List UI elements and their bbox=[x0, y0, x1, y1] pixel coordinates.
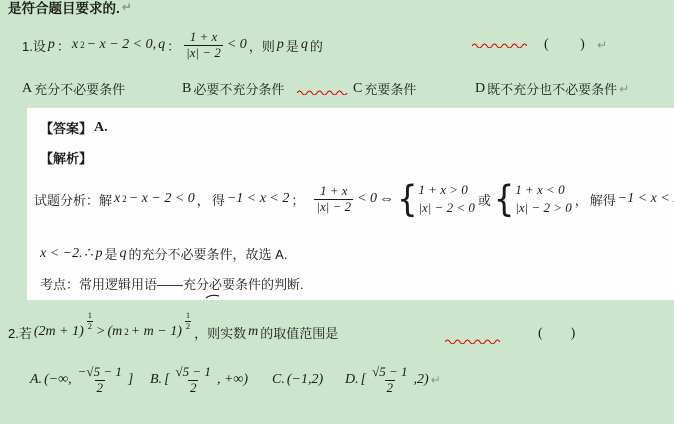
q2-option-b-numerator: √5 − 1 bbox=[174, 365, 213, 380]
analysis-fraction: 1 + x |x| − 2 bbox=[314, 184, 353, 215]
conclusion-line: x < −2. ∴ p 是 q 的充分不必要条件，故选 A. bbox=[40, 244, 287, 263]
q2-base2a: (m bbox=[107, 324, 122, 340]
answer-line: 【答案】 A. bbox=[40, 118, 108, 137]
q1-option-c-text: 充要条件 bbox=[364, 79, 416, 98]
q1-option-a: A 充分不必要条件 bbox=[22, 79, 125, 98]
q2-exponent2: 1 2 bbox=[185, 311, 191, 331]
q1-option-d-label: D bbox=[475, 81, 485, 97]
q1-tail1: ，则 bbox=[249, 36, 275, 55]
q1-answer-parentheses: ( ) bbox=[544, 37, 585, 53]
analysis-label: 【解析】 bbox=[40, 148, 92, 167]
q2-base2-exp: 2 bbox=[124, 327, 129, 337]
analysis-fraction-denominator: |x| − 2 bbox=[314, 199, 353, 215]
q1-tail2: 是 bbox=[286, 36, 299, 55]
analysis-label-line: 【解析】 bbox=[40, 148, 92, 167]
q2-option-d: D.[ √5 − 1 2 ,2) ↵ bbox=[345, 356, 441, 404]
analysis-comma1: ， bbox=[197, 190, 210, 209]
conclusion-text2: 的充分不必要条件，故选 A. bbox=[129, 244, 288, 263]
q2-option-d-label: D. bbox=[345, 372, 359, 388]
q2-option-c-label: C. bbox=[272, 372, 285, 388]
q1-poly-rest: − x − 2 < 0, bbox=[87, 37, 157, 53]
q1-var-q2: q bbox=[301, 37, 308, 53]
paragraph-mark-icon: ↵ bbox=[597, 38, 607, 52]
analysis-pre: 试题分析：解 bbox=[34, 190, 112, 209]
q1-fraction: 1 + x |x| − 2 bbox=[184, 30, 223, 61]
q2-exponent1: 1 2 bbox=[87, 311, 93, 331]
q1-option-b: B 必要不充分条件 bbox=[182, 79, 284, 98]
q1-lt-zero: < 0 bbox=[227, 37, 247, 53]
q2-exp1-numerator: 1 bbox=[88, 311, 92, 320]
q2-option-a-post: ] bbox=[128, 372, 133, 388]
document-page: 是符合题目要求的. ↵ 1.设 p ： x2 − x − 2 < 0, q ： … bbox=[0, 0, 674, 424]
analysis-or: 或 bbox=[478, 190, 491, 209]
q2-exp2-numerator: 1 bbox=[186, 311, 190, 320]
q2-tail1: ，则实数 bbox=[194, 323, 246, 342]
analysis-ineq1: −1 < x < 2 bbox=[227, 191, 290, 207]
q1-option-b-label: B bbox=[182, 81, 191, 97]
q1-var-p2: p bbox=[277, 37, 284, 53]
q2-tail2: 的取值范围是 bbox=[260, 323, 338, 342]
case2-top: 1 + x < 0 bbox=[515, 182, 571, 198]
analysis-poly-x: x bbox=[114, 191, 120, 207]
exam-point-line: 考点：常用逻辑用语——充分必要条件的判断. bbox=[40, 274, 304, 293]
question2-stem: 2.若 (2m + 1) 1 2 > (m2 + m − 1) 1 2 ，则实数… bbox=[8, 314, 338, 350]
case1-bottom: |x| − 2 < 0 bbox=[418, 200, 474, 216]
analysis-semicolon: ； bbox=[291, 190, 304, 209]
q1-tail3: 的 bbox=[310, 36, 323, 55]
q2-option-d-numerator: √5 − 1 bbox=[370, 365, 409, 380]
case1-top: 1 + x > 0 bbox=[418, 182, 474, 198]
q1-poly-x: x bbox=[72, 37, 78, 53]
left-brace-icon: { bbox=[494, 182, 514, 215]
q2-option-b-pre: [ bbox=[164, 372, 169, 388]
analysis-case2: { 1 + x < 0 |x| − 2 > 0 bbox=[494, 182, 572, 216]
q2-option-b-fraction: √5 − 1 2 bbox=[174, 365, 213, 396]
q2-option-b-label: B. bbox=[150, 372, 162, 388]
q1-option-a-label: A bbox=[22, 81, 32, 97]
analysis-case1: { 1 + x > 0 |x| − 2 < 0 bbox=[397, 182, 475, 216]
q1-var-p: p bbox=[48, 37, 55, 53]
q2-option-c-text: (−1,2) bbox=[287, 372, 323, 388]
analysis-line: 试题分析：解 x2 − x − 2 < 0 ， 得 −1 < x < 2 ； 1… bbox=[34, 166, 674, 232]
spellcheck-squiggle-icon bbox=[297, 89, 348, 95]
q2-option-b-denominator: 2 bbox=[188, 380, 199, 396]
paragraph-mark-icon: ↵ bbox=[619, 82, 629, 96]
conclusion-var-p: p bbox=[96, 246, 103, 262]
analysis-poly-exp: 2 bbox=[122, 194, 127, 204]
q2-base2b: + m − 1) bbox=[131, 324, 182, 340]
analysis-lt-zero: < 0 bbox=[357, 191, 377, 207]
q2-option-d-pre: [ bbox=[361, 372, 366, 388]
conclusion-math: x < −2. bbox=[40, 246, 83, 262]
conclusion-text1: 是 bbox=[105, 244, 118, 263]
q2-option-d-denominator: 2 bbox=[385, 380, 396, 396]
q1-prefix: 1.设 bbox=[22, 36, 46, 55]
q2-option-d-post: ,2) bbox=[414, 372, 429, 388]
case2-bottom: |x| − 2 > 0 bbox=[515, 200, 571, 216]
q2-option-a-fraction: −√5 − 1 2 bbox=[76, 365, 124, 396]
q2-option-b-post: , +∞) bbox=[217, 372, 248, 388]
q1-fraction-numerator: 1 + x bbox=[188, 30, 220, 45]
analysis-fraction-numerator: 1 + x bbox=[318, 184, 350, 199]
q2-exp2-denominator: 2 bbox=[185, 321, 191, 331]
paragraph-mark-icon: ↵ bbox=[431, 373, 441, 387]
q2-option-a-numerator: −√5 − 1 bbox=[76, 365, 124, 380]
exam-point-text: 考点：常用逻辑用语——充分必要条件的判断. bbox=[40, 274, 304, 293]
q2-option-c: C.(−1,2) bbox=[272, 356, 323, 404]
analysis-ineq2: −1 < x < 2 bbox=[618, 191, 674, 207]
solution-box: 【答案】 A. 【解析】 试题分析：解 x2 − x − 2 < 0 ， 得 −… bbox=[27, 108, 674, 300]
q1-fraction-denominator: |x| − 2 bbox=[184, 45, 223, 61]
question1-stem: 1.设 p ： x2 − x − 2 < 0, q ： 1 + x |x| − … bbox=[22, 22, 323, 68]
analysis-de1: 得 bbox=[212, 190, 225, 209]
analysis-poly-rest: − x − 2 < 0 bbox=[129, 191, 195, 207]
q2-option-a-label: A. bbox=[30, 372, 42, 388]
paragraph-mark-icon: ↵ bbox=[122, 0, 132, 14]
q2-prefix: 2.若 bbox=[8, 323, 32, 342]
q2-option-a-denominator: 2 bbox=[95, 380, 106, 396]
analysis-de2: 解得 bbox=[590, 190, 616, 209]
q1-option-d: D 既不充分也不必要条件 ↵ bbox=[475, 79, 629, 98]
q1-option-b-text: 必要不充分条件 bbox=[193, 79, 284, 98]
q2-option-d-fraction: √5 − 1 2 bbox=[370, 365, 409, 396]
spellcheck-squiggle-icon bbox=[445, 338, 500, 344]
therefore-symbol: ∴ bbox=[85, 245, 94, 262]
q1-option-c-label: C bbox=[353, 81, 362, 97]
q1-option-a-text: 充分不必要条件 bbox=[34, 79, 125, 98]
q2-base1: (2m + 1) bbox=[34, 324, 84, 340]
left-brace-icon: { bbox=[397, 182, 417, 215]
stray-ink-mark bbox=[205, 293, 221, 300]
answer-label: 【答案】 bbox=[40, 118, 92, 137]
q1-option-c: C 充要条件 bbox=[353, 79, 416, 98]
instruction-text: 是符合题目要求的. bbox=[8, 0, 120, 17]
analysis-comma2: ， bbox=[575, 190, 588, 209]
answer-value: A. bbox=[94, 120, 108, 136]
instruction-line: 是符合题目要求的. ↵ bbox=[8, 0, 132, 17]
q1-colon2: ： bbox=[167, 36, 180, 55]
q1-poly-exp: 2 bbox=[80, 40, 85, 50]
spellcheck-squiggle-icon bbox=[472, 42, 527, 48]
q2-gt: > bbox=[96, 324, 105, 340]
q2-option-b: B.[ √5 − 1 2 , +∞) bbox=[150, 356, 248, 404]
q2-var-m: m bbox=[248, 324, 258, 340]
q1-var-q: q bbox=[158, 37, 165, 53]
q2-exp1-denominator: 2 bbox=[87, 321, 93, 331]
iff-arrow-icon: ⇔ bbox=[379, 191, 394, 208]
q1-colon1: ： bbox=[57, 36, 70, 55]
q1-option-d-text: 既不充分也不必要条件 bbox=[487, 79, 617, 98]
q2-option-a-pre: (−∞, bbox=[44, 372, 72, 388]
conclusion-var-q: q bbox=[120, 246, 127, 262]
q2-option-a: A.(−∞, −√5 − 1 2 ] bbox=[30, 356, 133, 404]
q2-answer-parentheses: ( ) bbox=[538, 326, 575, 342]
